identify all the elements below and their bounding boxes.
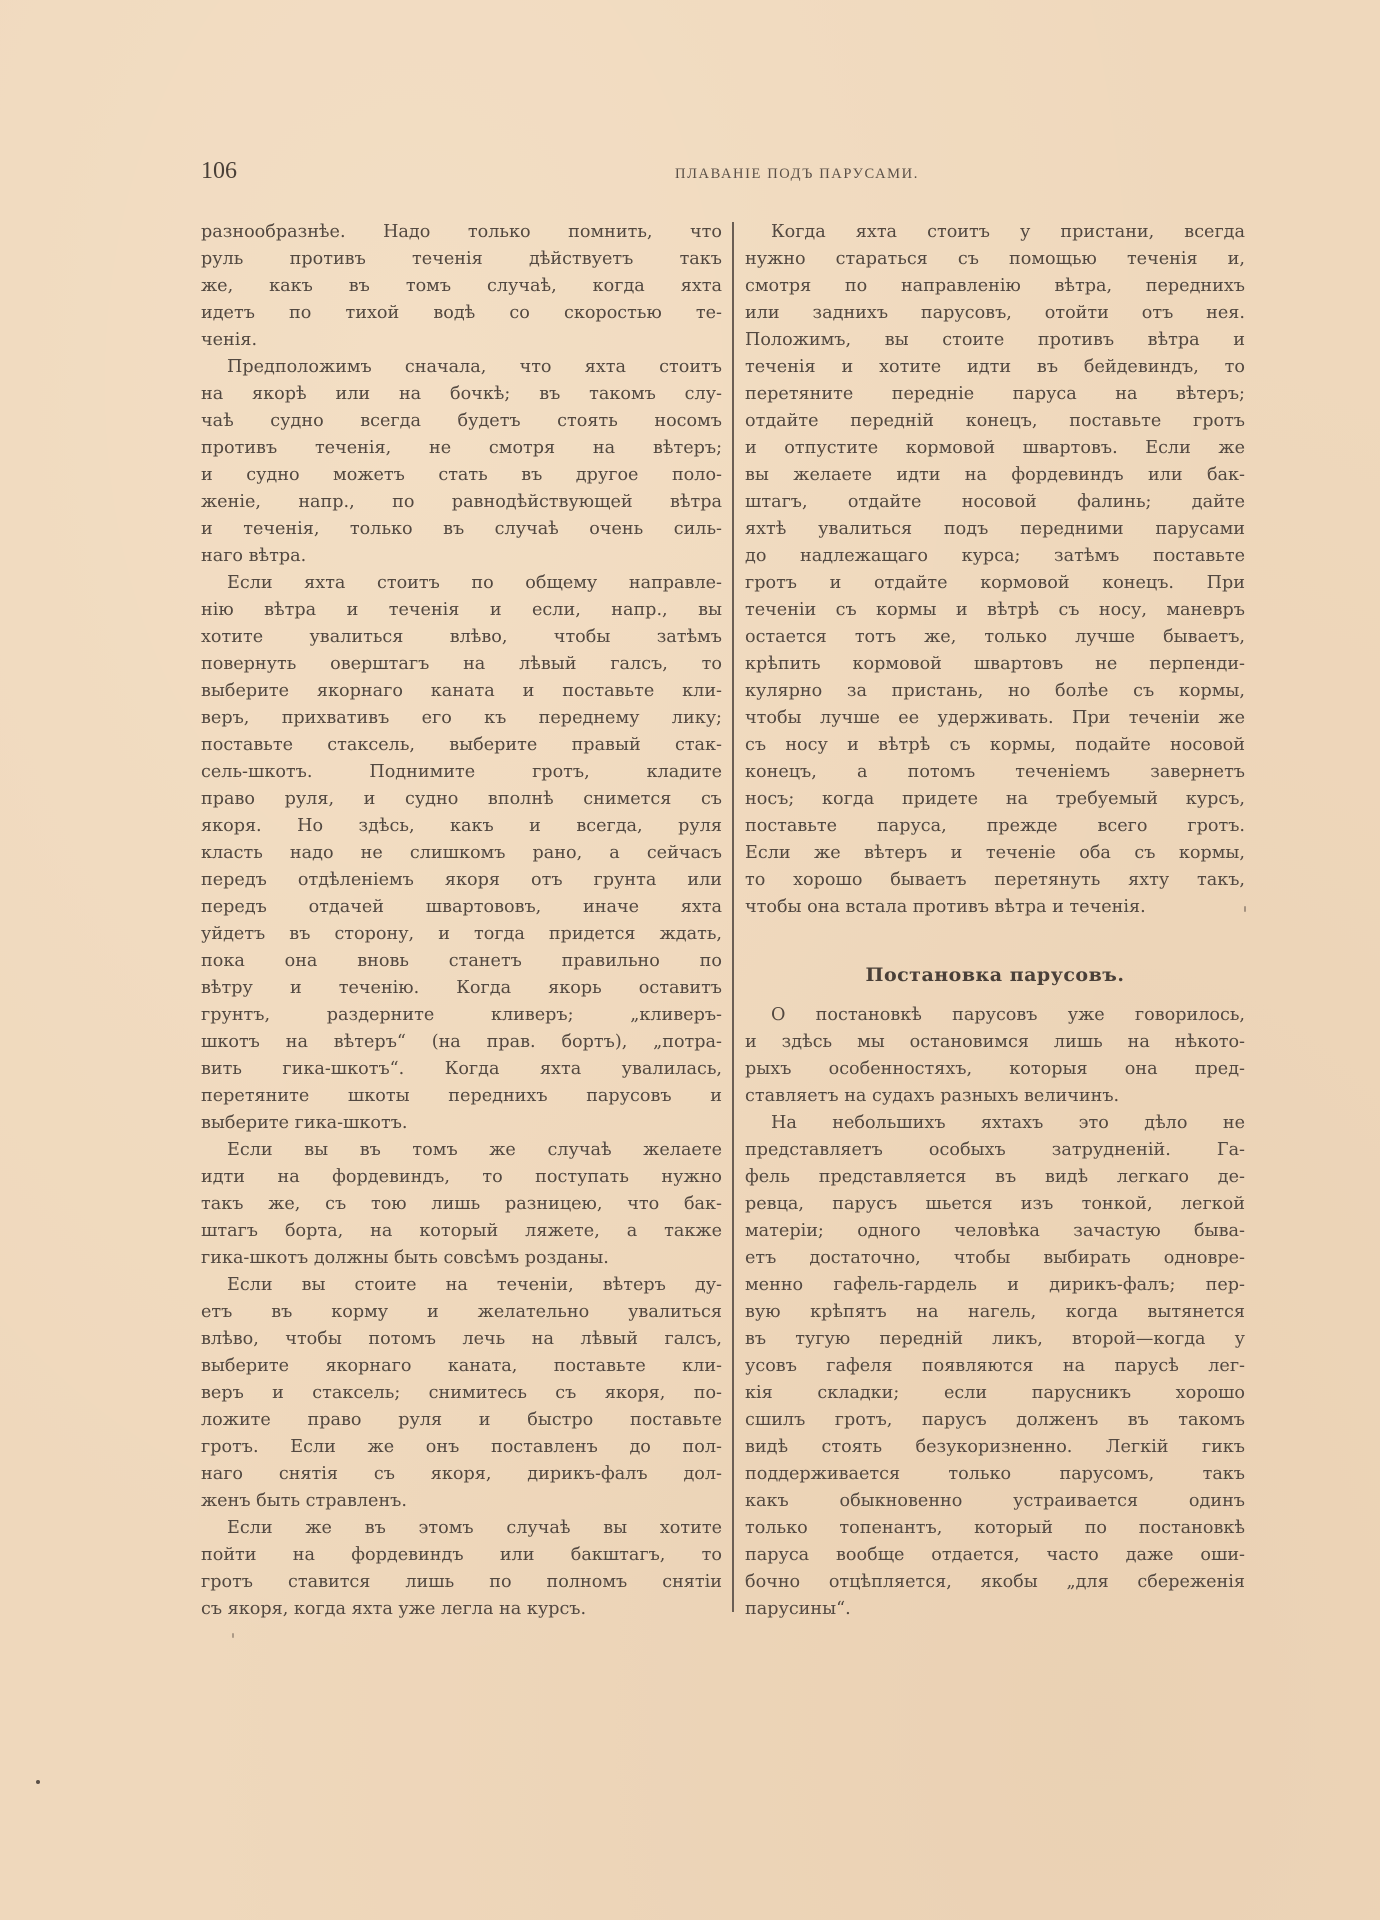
text-line: яхтѣ увалиться подъ передними парусами [745, 516, 1245, 543]
text-line: етъ въ корму и желательно увалиться [201, 1299, 722, 1326]
text-line: выберите гика-шкотъ. [201, 1110, 722, 1137]
text-line: идти на фордевиндъ, то поступать нужно [201, 1164, 722, 1191]
text-line: наго вѣтра. [201, 543, 722, 570]
text-line: чтобы она встала противъ вѣтра и теченія… [745, 894, 1245, 921]
text-line: или заднихъ парусовъ, отойти отъ нея. [745, 300, 1245, 327]
text-line: хотите увалиться влѣво, чтобы затѣмъ [201, 624, 722, 651]
text-line: и теченія, только въ случаѣ очень силь- [201, 516, 722, 543]
text-line: якоря. Но здѣсь, какъ и всегда, руля [201, 813, 722, 840]
right-column-text-after-heading: О постановкѣ парусовъ уже говорилось,и з… [745, 1002, 1245, 1623]
text-line: руль противъ теченія дѣйствуетъ такъ [201, 246, 722, 273]
text-line: Если вы въ томъ же случаѣ желаете [201, 1137, 722, 1164]
text-line: Положимъ, вы стоите противъ вѣтра и [745, 327, 1245, 354]
text-line: противъ теченія, не смотря на вѣтеръ; [201, 435, 722, 462]
text-line: ченія. [201, 327, 722, 354]
text-line: Если же вѣтеръ и теченіе оба съ кормы, [745, 840, 1245, 867]
text-line: и отпустите кормовой швартовъ. Если же [745, 435, 1245, 462]
text-line: женъ быть стравленъ. [201, 1488, 722, 1515]
text-line: етъ достаточно, чтобы выбирать одновре- [745, 1245, 1245, 1272]
text-line: влѣво, чтобы потомъ лечь на лѣвый галсъ, [201, 1326, 722, 1353]
text-line: класть надо не слишкомъ рано, а сейчасъ [201, 840, 722, 867]
right-column: Когда яхта стоитъ у пристани, всегданужн… [745, 219, 1245, 1623]
text-line: гротъ ставится лишь по полномъ снятіи [201, 1569, 722, 1596]
text-line: перетяните шкоты переднихъ парусовъ и [201, 1083, 722, 1110]
text-line: передъ отдачей швартововъ, иначе яхта [201, 894, 722, 921]
text-line: шкотъ на вѣтеръ“ (на прав. бортъ), „потр… [201, 1029, 722, 1056]
text-line: нужно стараться съ помощью теченія и, [745, 246, 1245, 273]
text-line: рыхъ особенностяхъ, которыя она пред- [745, 1056, 1245, 1083]
text-line: и здѣсь мы остановимся лишь на нѣкото- [745, 1029, 1245, 1056]
text-line: конецъ, а потомъ теченіемъ завернетъ [745, 759, 1245, 786]
paper-speck [232, 1633, 234, 1638]
text-line: же, какъ въ томъ случаѣ, когда яхта [201, 273, 722, 300]
text-line: ревца, парусъ шьется изъ тонкой, легкой [745, 1191, 1245, 1218]
text-line: съ якоря, когда яхта уже легла на курсъ. [201, 1596, 722, 1623]
text-line: пойти на фордевиндъ или бакштагъ, то [201, 1542, 722, 1569]
text-line: Предположимъ сначала, что яхта стоитъ [201, 354, 722, 381]
text-line: матеріи; одного человѣка зачастую быва- [745, 1218, 1245, 1245]
text-line: поставьте паруса, прежде всего гротъ. [745, 813, 1245, 840]
text-line: веръ, прихвативъ его къ переднему лику; [201, 705, 722, 732]
text-line: гротъ и отдайте кормовой конецъ. При [745, 570, 1245, 597]
text-line: штагъ борта, на который ляжете, а также [201, 1218, 722, 1245]
text-line: такъ же, съ тою лишь разницею, что бак- [201, 1191, 722, 1218]
text-line: менно гафель-гардель и дирикъ-фалъ; пер- [745, 1272, 1245, 1299]
text-line: паруса вообще отдается, часто даже оши- [745, 1542, 1245, 1569]
scanned-book-page: 106 ПЛАВАНІЕ ПОДЪ ПАРУСАМИ. разнообразнѣ… [0, 0, 1380, 1920]
text-line: ставляетъ на судахъ разныхъ величинъ. [745, 1083, 1245, 1110]
text-line: представляетъ особыхъ затрудненій. Га- [745, 1137, 1245, 1164]
text-line: отдайте передній конецъ, поставьте гротъ [745, 408, 1245, 435]
paper-speck [36, 1780, 40, 1784]
text-line: до надлежащаго курса; затѣмъ поставьте [745, 543, 1245, 570]
running-head: 106 ПЛАВАНІЕ ПОДЪ ПАРУСАМИ. [201, 158, 1243, 188]
text-line: штагъ, отдайте носовой фалинь; дайте [745, 489, 1245, 516]
text-line: усовъ гафеля появляются на парусѣ лег- [745, 1353, 1245, 1380]
text-line: пока она вновь станетъ правильно по [201, 948, 722, 975]
text-line: фель представляется въ видѣ легкаго де- [745, 1164, 1245, 1191]
text-line: гротъ. Если же онъ поставленъ до пол- [201, 1434, 722, 1461]
text-line: идетъ по тихой водѣ со скоростью те- [201, 300, 722, 327]
text-line: выберите якорнаго каната, поставьте кли- [201, 1353, 722, 1380]
text-line: Если же въ этомъ случаѣ вы хотите [201, 1515, 722, 1542]
text-line: сшилъ гротъ, парусъ долженъ въ такомъ [745, 1407, 1245, 1434]
text-line: то хорошо бываетъ перетянуть яхту такъ, [745, 867, 1245, 894]
text-line: перетяните передніе паруса на вѣтеръ; [745, 381, 1245, 408]
text-line: наго снятія съ якоря, дирикъ-фалъ дол- [201, 1461, 722, 1488]
text-line: въ тугую передній ликъ, второй—когда у [745, 1326, 1245, 1353]
text-line: носъ; когда придете на требуемый курсъ, [745, 786, 1245, 813]
text-line: видѣ стоять безукоризненно. Легкій гикъ [745, 1434, 1245, 1461]
text-line: вую крѣпятъ на нагель, когда вытянется [745, 1299, 1245, 1326]
text-line: Если вы стоите на теченіи, вѣтеръ ду- [201, 1272, 722, 1299]
text-line: вы желаете идти на фордевиндъ или бак- [745, 462, 1245, 489]
text-line: теченіи съ кормы и вѣтрѣ съ носу, маневр… [745, 597, 1245, 624]
text-line: нію вѣтра и теченія и если, напр., вы [201, 597, 722, 624]
text-line: О постановкѣ парусовъ уже говорилось, [745, 1002, 1245, 1029]
text-line: поддерживается только парусомъ, такъ [745, 1461, 1245, 1488]
text-line: повернуть оверштагъ на лѣвый галсъ, то [201, 651, 722, 678]
text-line: Если яхта стоитъ по общему направле- [201, 570, 722, 597]
column-divider-rule [732, 222, 734, 1612]
text-line: право руля, и судно вполнѣ снимется съ [201, 786, 722, 813]
text-line: разнообразнѣе. Надо только помнить, что [201, 219, 722, 246]
text-line: только топенантъ, который по постановкѣ [745, 1515, 1245, 1542]
text-line: сель-шкотъ. Поднимите гротъ, кладите [201, 759, 722, 786]
text-line: поставьте стаксель, выберите правый стак… [201, 732, 722, 759]
right-column-text-before-heading: Когда яхта стоитъ у пристани, всегданужн… [745, 219, 1245, 921]
text-line: женіе, напр., по равнодѣйствующей вѣтра [201, 489, 722, 516]
text-line: съ носу и вѣтрѣ съ кормы, подайте носово… [745, 732, 1245, 759]
text-line: грунтъ, раздерните кливеръ; „кливеръ- [201, 1002, 722, 1029]
text-line: ложите право руля и быстро поставьте [201, 1407, 722, 1434]
text-line: передъ отдѣленіемъ якоря отъ грунта или [201, 867, 722, 894]
paper-speck [1244, 906, 1246, 912]
text-line: парусины“. [745, 1596, 1245, 1623]
text-line: смотря по направленію вѣтра, переднихъ [745, 273, 1245, 300]
text-line: крѣпить кормовой швартовъ не перпенди- [745, 651, 1245, 678]
text-line: какъ обыкновенно устраивается одинъ [745, 1488, 1245, 1515]
text-line: веръ и стаксель; снимитесь съ якоря, по- [201, 1380, 722, 1407]
text-line: бочно отцѣпляется, якобы „для сбереженія [745, 1569, 1245, 1596]
text-line: и судно можетъ стать въ другое поло- [201, 462, 722, 489]
text-line: Когда яхта стоитъ у пристани, всегда [745, 219, 1245, 246]
text-line: гика-шкотъ должны быть совсѣмъ розданы. [201, 1245, 722, 1272]
text-line: уйдетъ въ сторону, и тогда придется ждат… [201, 921, 722, 948]
section-heading: Постановка парусовъ. [745, 948, 1245, 1002]
text-line: вѣтру и теченію. Когда якорь оставитъ [201, 975, 722, 1002]
text-line: остается тотъ же, только лучше бываетъ, [745, 624, 1245, 651]
text-line: кія складки; если парусникъ хорошо [745, 1380, 1245, 1407]
text-line: теченія и хотите идти въ бейдевиндъ, то [745, 354, 1245, 381]
text-line: выберите якорнаго каната и поставьте кли… [201, 678, 722, 705]
text-line: чтобы лучше ее удерживать. При теченіи ж… [745, 705, 1245, 732]
text-line: на якорѣ или на бочкѣ; въ такомъ слу- [201, 381, 722, 408]
running-title: ПЛАВАНІЕ ПОДЪ ПАРУСАМИ. [201, 166, 1243, 183]
text-line: вить гика-шкотъ“. Когда яхта увалилась, [201, 1056, 722, 1083]
left-column: разнообразнѣе. Надо только помнить, чтор… [201, 219, 722, 1623]
text-line: чаѣ судно всегда будетъ стоять носомъ [201, 408, 722, 435]
text-line: кулярно за пристань, но болѣе съ кормы, [745, 678, 1245, 705]
text-line: На небольшихъ яхтахъ это дѣло не [745, 1110, 1245, 1137]
